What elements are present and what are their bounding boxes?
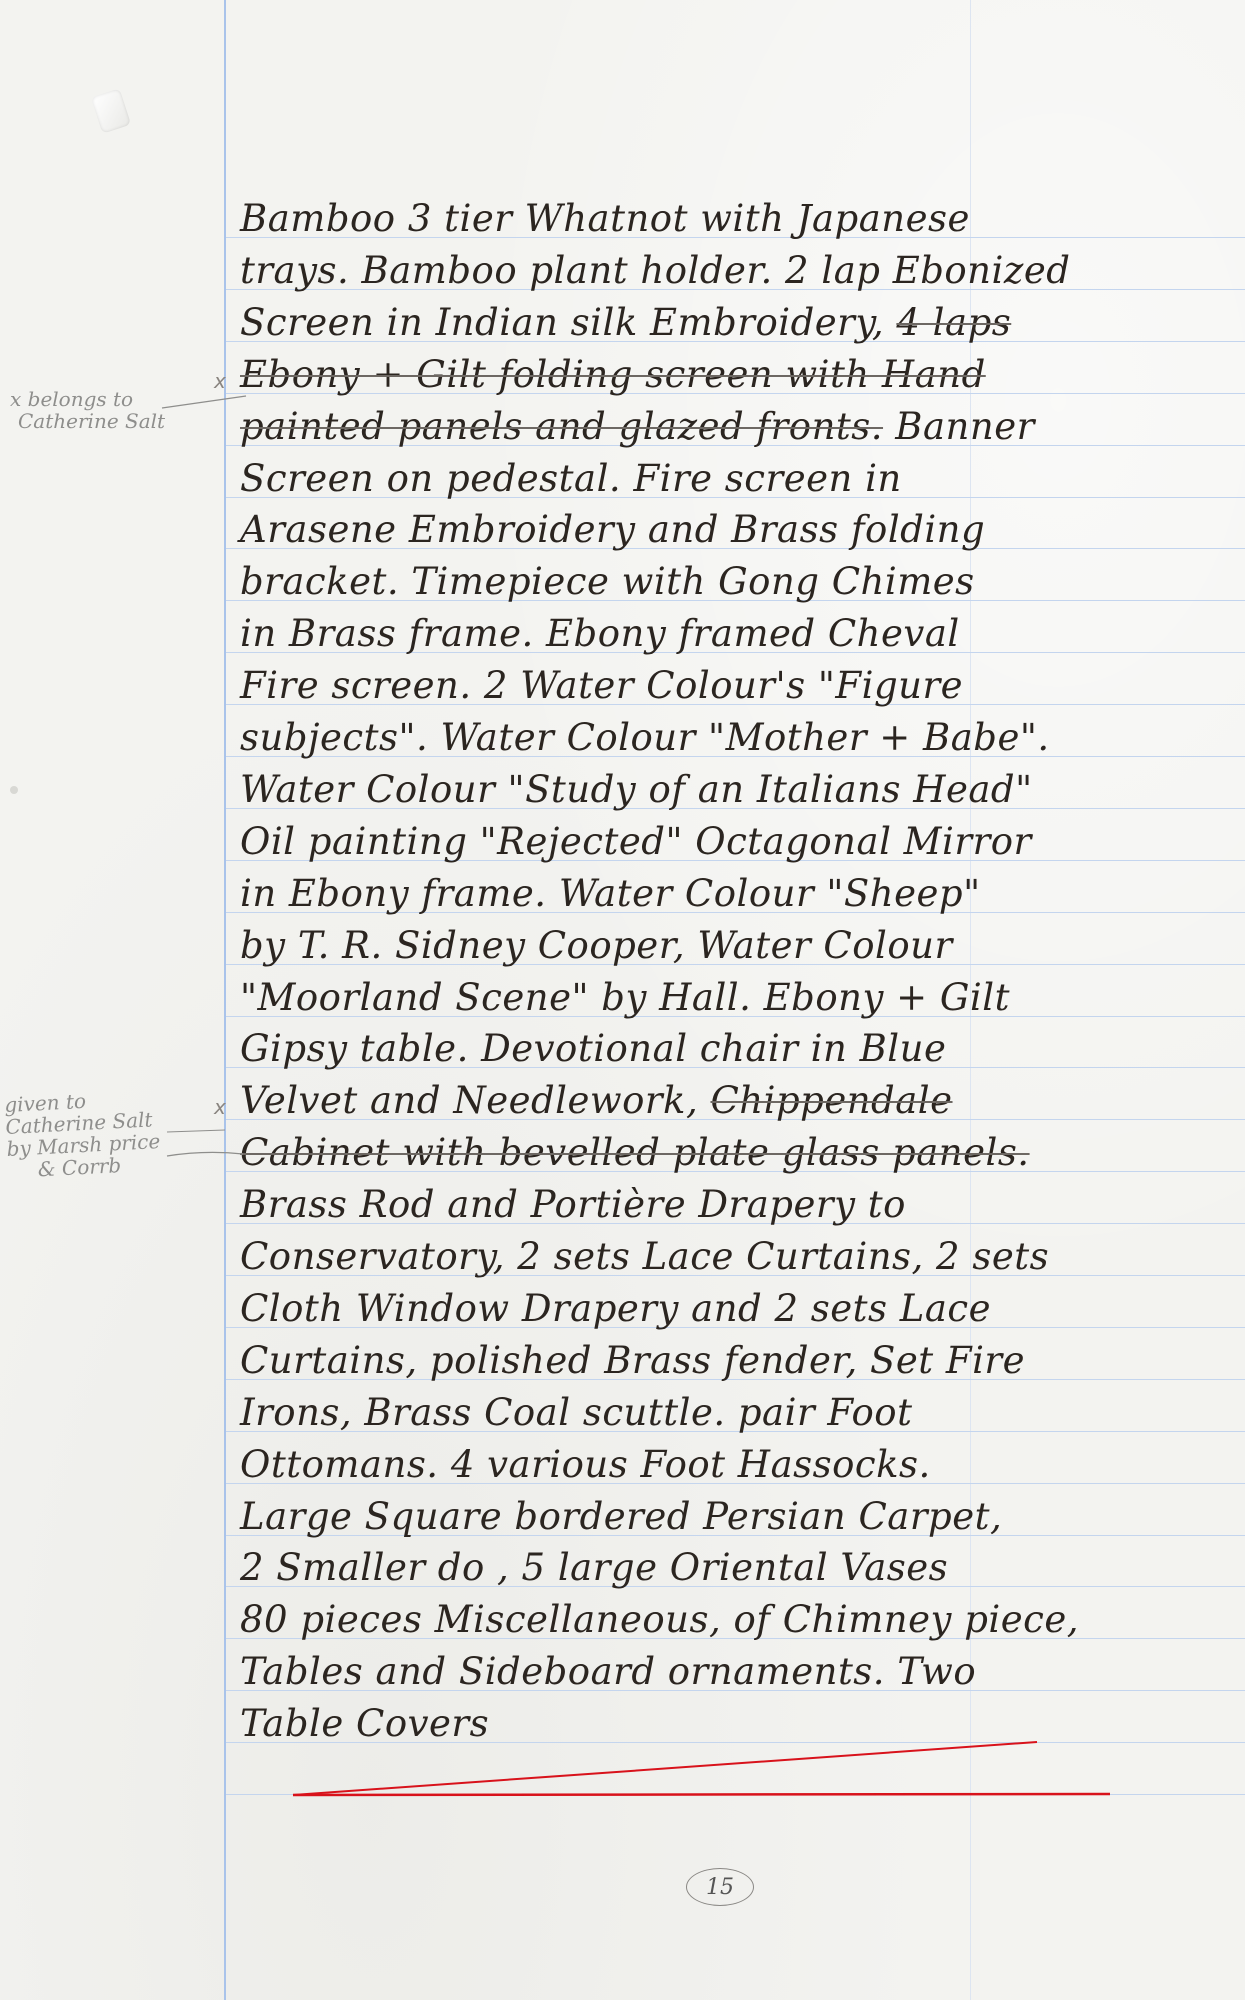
page-number-text: 15 — [706, 1875, 734, 1900]
page-number: 15 — [686, 1868, 754, 1906]
red-closing-lines — [0, 0, 1245, 2000]
ledger-page: Bamboo 3 tier Whatnot with Japanesetrays… — [0, 0, 1245, 2000]
